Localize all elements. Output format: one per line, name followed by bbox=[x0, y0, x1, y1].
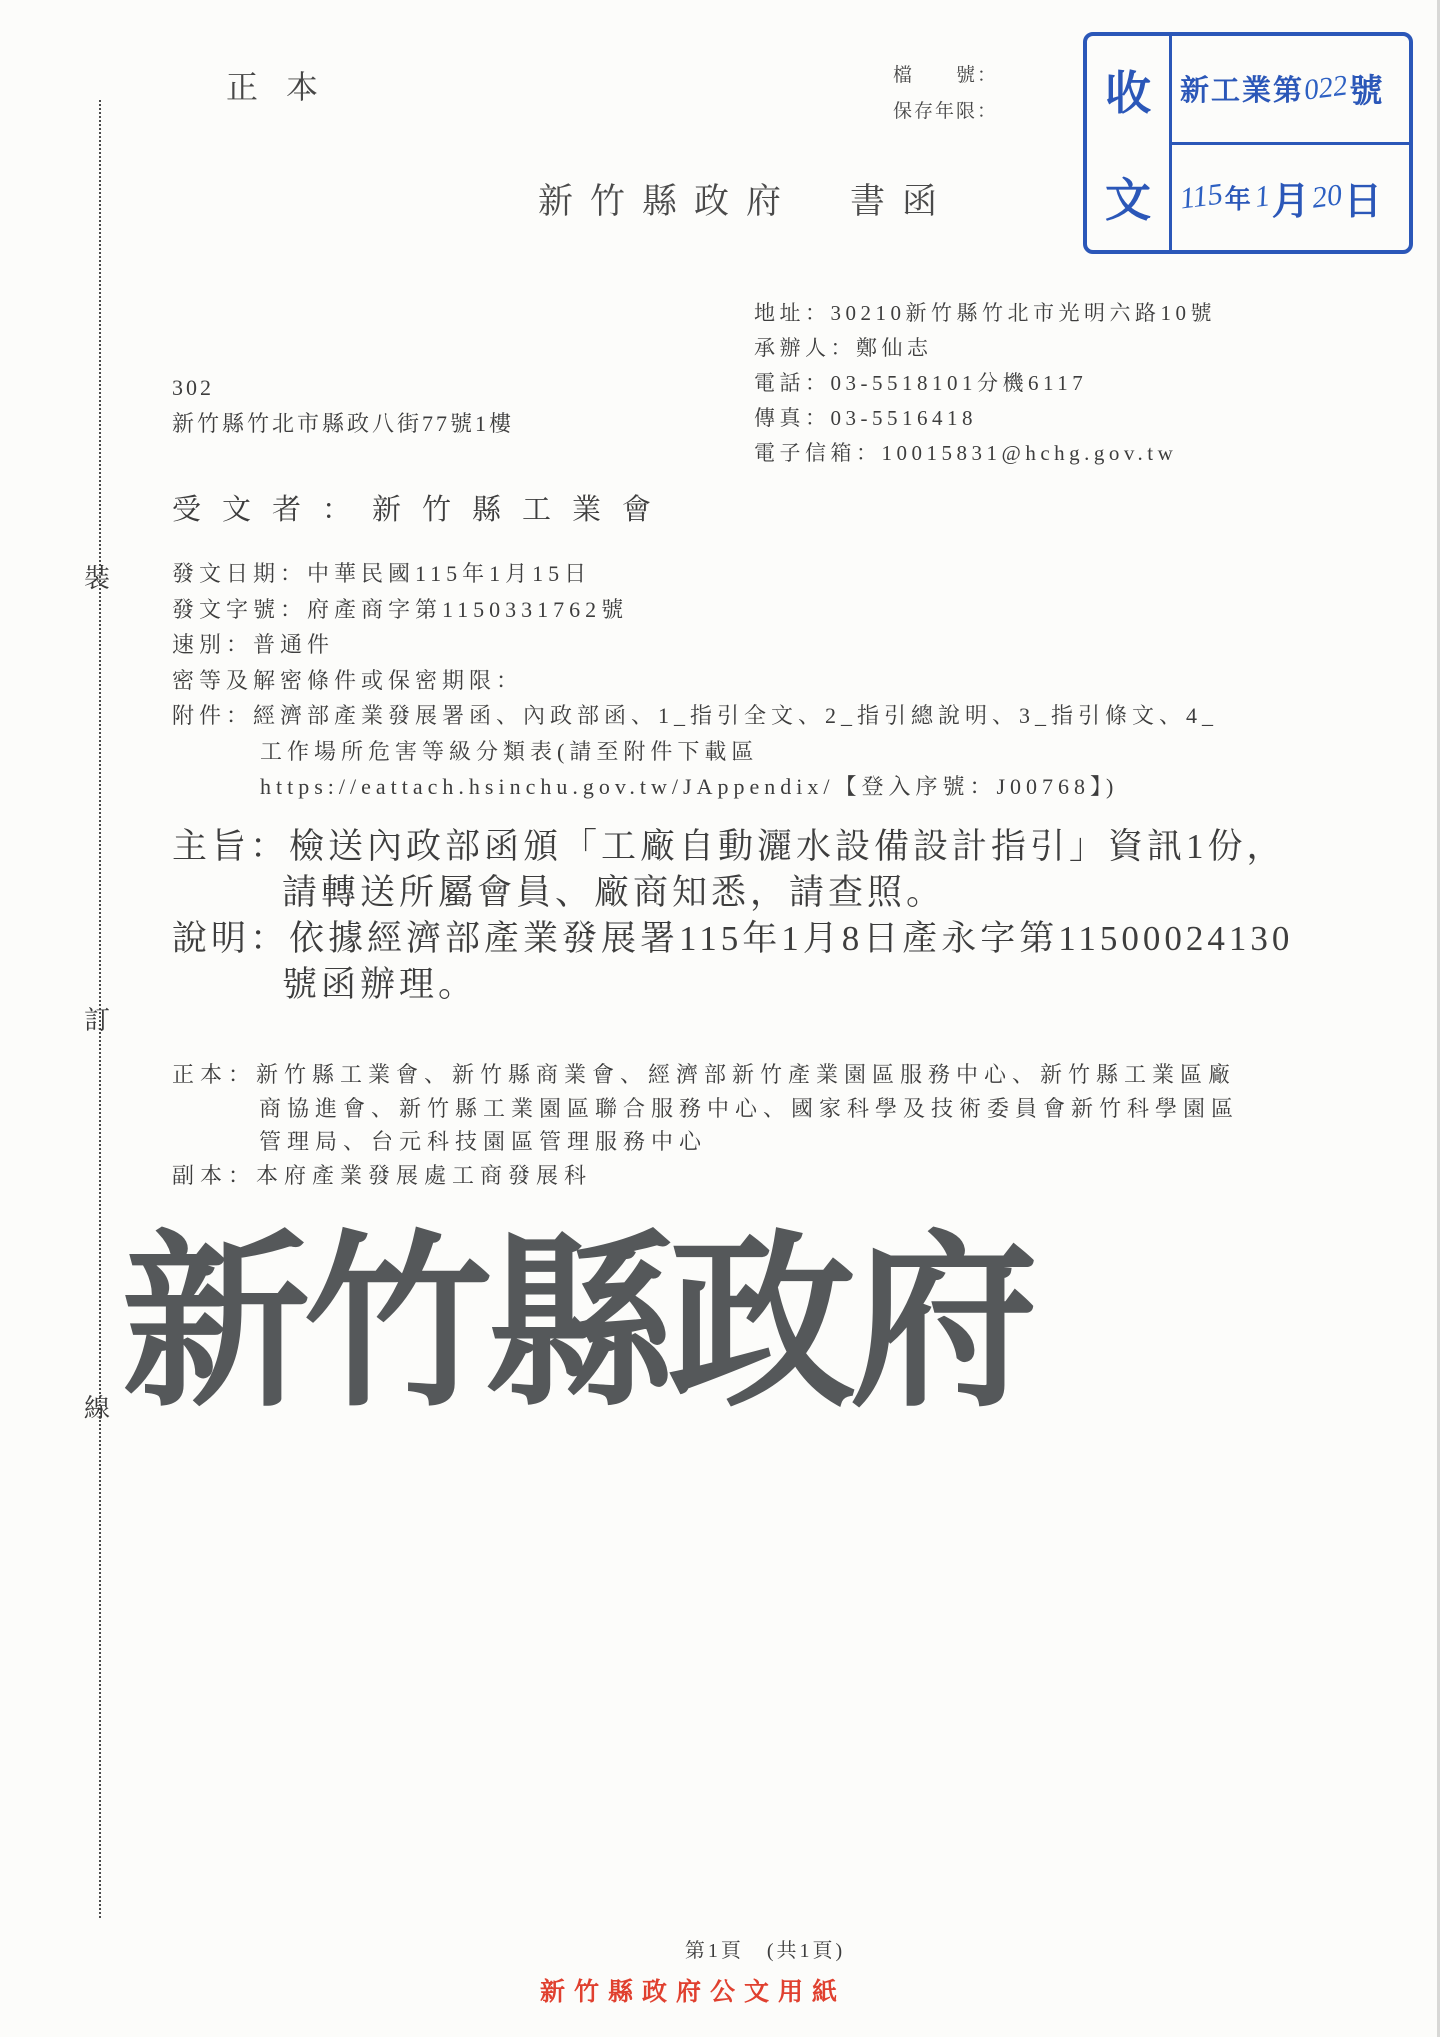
sender-address: 地址：30210新竹縣竹北市光明六路10號 bbox=[754, 296, 1216, 331]
receipt-day-unit: 日 bbox=[1344, 170, 1382, 225]
recipient-address-block: 302 新竹縣竹北市縣政八街77號1樓 bbox=[172, 370, 514, 442]
receipt-year-handwritten: 115 bbox=[1178, 178, 1225, 217]
receipt-number-prefix: 新工業第 bbox=[1180, 68, 1304, 109]
doc-number-line: 發文字號：府產商字第1150331762號 bbox=[172, 592, 1218, 628]
file-number-label: 檔 號： bbox=[893, 58, 998, 94]
subject-line-2: 請轉送所屬會員、廠商知悉，請查照。 bbox=[172, 870, 1286, 916]
explanation-line-2: 號函辦理。 bbox=[172, 962, 1293, 1008]
recipient-postal-code: 302 bbox=[172, 370, 514, 406]
explanation-block: 說明：依據經濟部產業發展署115年1月8日產永字第11500024130 號函辦… bbox=[172, 916, 1293, 1008]
copy-type-label: 正本 bbox=[226, 62, 346, 108]
binding-mark-xian: 線 bbox=[84, 1388, 110, 1425]
agency-signature-stamp: 新竹縣政府 bbox=[122, 1222, 1032, 1429]
receipt-month-handwritten: 1 bbox=[1253, 179, 1272, 215]
binding-mark-zhuang: 裝 bbox=[84, 558, 110, 595]
original-recipients-line-3: 管理局、台元科技園區管理服務中心 bbox=[172, 1125, 1239, 1159]
receipt-stamp-label-column: 收 文 bbox=[1087, 36, 1172, 250]
receipt-stamp-char-wen: 文 bbox=[1105, 164, 1151, 230]
attachment-line-3: https://eattach.hsinchu.gov.tw/JAppendix… bbox=[172, 769, 1218, 805]
security-line: 密等及解密條件或保密期限： bbox=[172, 663, 1218, 699]
file-number-block: 檔 號： 保存年限： bbox=[893, 58, 998, 130]
binding-mark-ding: 訂 bbox=[84, 1000, 110, 1037]
receipt-day-handwritten: 20 bbox=[1310, 179, 1344, 216]
receipt-number-suffix: 號 bbox=[1350, 65, 1383, 112]
recipient-street-address: 新竹縣竹北市縣政八街77號1樓 bbox=[172, 406, 514, 442]
subject-block: 主旨：檢送內政部函頒「工廠自動灑水設備設計指引」資訊1份， 請轉送所屬會員、廠商… bbox=[172, 824, 1286, 916]
retention-period-label: 保存年限： bbox=[893, 94, 998, 130]
explanation-line-1: 說明：依據經濟部產業發展署115年1月8日產永字第11500024130 bbox=[172, 916, 1293, 962]
issue-date-line: 發文日期：中華民國115年1月15日 bbox=[172, 556, 1218, 592]
sender-fax: 傳真：03-5516418 bbox=[754, 401, 1216, 436]
official-document-page: 裝 訂 線 正本 檔 號： 保存年限： 收 文 新工業第 022 號 115 年… bbox=[0, 0, 1440, 2037]
receipt-date-row: 115 年 1 月 20 日 bbox=[1172, 145, 1409, 251]
receipt-month-unit: 月 bbox=[1272, 170, 1310, 225]
receipt-number-handwritten: 022 bbox=[1302, 70, 1349, 108]
attachment-line-1: 附件：經濟部產業發展署函、內政部函、1_指引全文、2_指引總說明、3_指引條文、… bbox=[172, 698, 1218, 734]
receipt-stamp-char-shou: 收 bbox=[1105, 57, 1151, 123]
distribution-block: 正本：新竹縣工業會、新竹縣商業會、經濟部新竹產業園區服務中心、新竹縣工業區廠 商… bbox=[172, 1058, 1239, 1192]
subject-line-1: 主旨：檢送內政部函頒「工廠自動灑水設備設計指引」資訊1份， bbox=[172, 824, 1286, 870]
receipt-number-row: 新工業第 022 號 bbox=[1172, 36, 1409, 145]
attachment-line-2: 工作場所危害等級分類表(請至附件下載區 bbox=[172, 734, 1218, 770]
priority-line: 速別：普通件 bbox=[172, 627, 1218, 663]
sender-email: 電子信箱：10015831@hchg.gov.tw bbox=[754, 436, 1216, 471]
sender-contact-block: 地址：30210新竹縣竹北市光明六路10號 承辦人：鄭仙志 電話：03-5518… bbox=[754, 296, 1216, 471]
original-recipients-line-1: 正本：新竹縣工業會、新竹縣商業會、經濟部新竹產業園區服務中心、新竹縣工業區廠 bbox=[172, 1058, 1239, 1092]
receipt-stamp: 收 文 新工業第 022 號 115 年 1 月 20 日 bbox=[1083, 32, 1413, 254]
document-title: 新竹縣政府 書函 bbox=[538, 174, 954, 224]
sender-contact-person: 承辦人：鄭仙志 bbox=[754, 331, 1216, 366]
original-recipients-line-2: 商協進會、新竹縣工業園區聯合服務中心、國家科學及技術委員會新竹科學園區 bbox=[172, 1092, 1239, 1126]
copy-recipients-line: 副本：本府產業發展處工商發展科 bbox=[172, 1159, 1239, 1193]
page-number-footer: 第1頁 (共1頁) bbox=[0, 1934, 1440, 1963]
document-meta-block: 發文日期：中華民國115年1月15日 發文字號：府產商字第1150331762號… bbox=[172, 556, 1218, 805]
addressee-line: 受文者：新竹縣工業會 bbox=[172, 487, 672, 528]
receipt-year-unit: 年 bbox=[1225, 179, 1251, 216]
official-paper-name: 新竹縣政府公文用紙 bbox=[0, 1972, 1440, 2008]
sender-phone: 電話：03-5518101分機6117 bbox=[754, 366, 1216, 401]
